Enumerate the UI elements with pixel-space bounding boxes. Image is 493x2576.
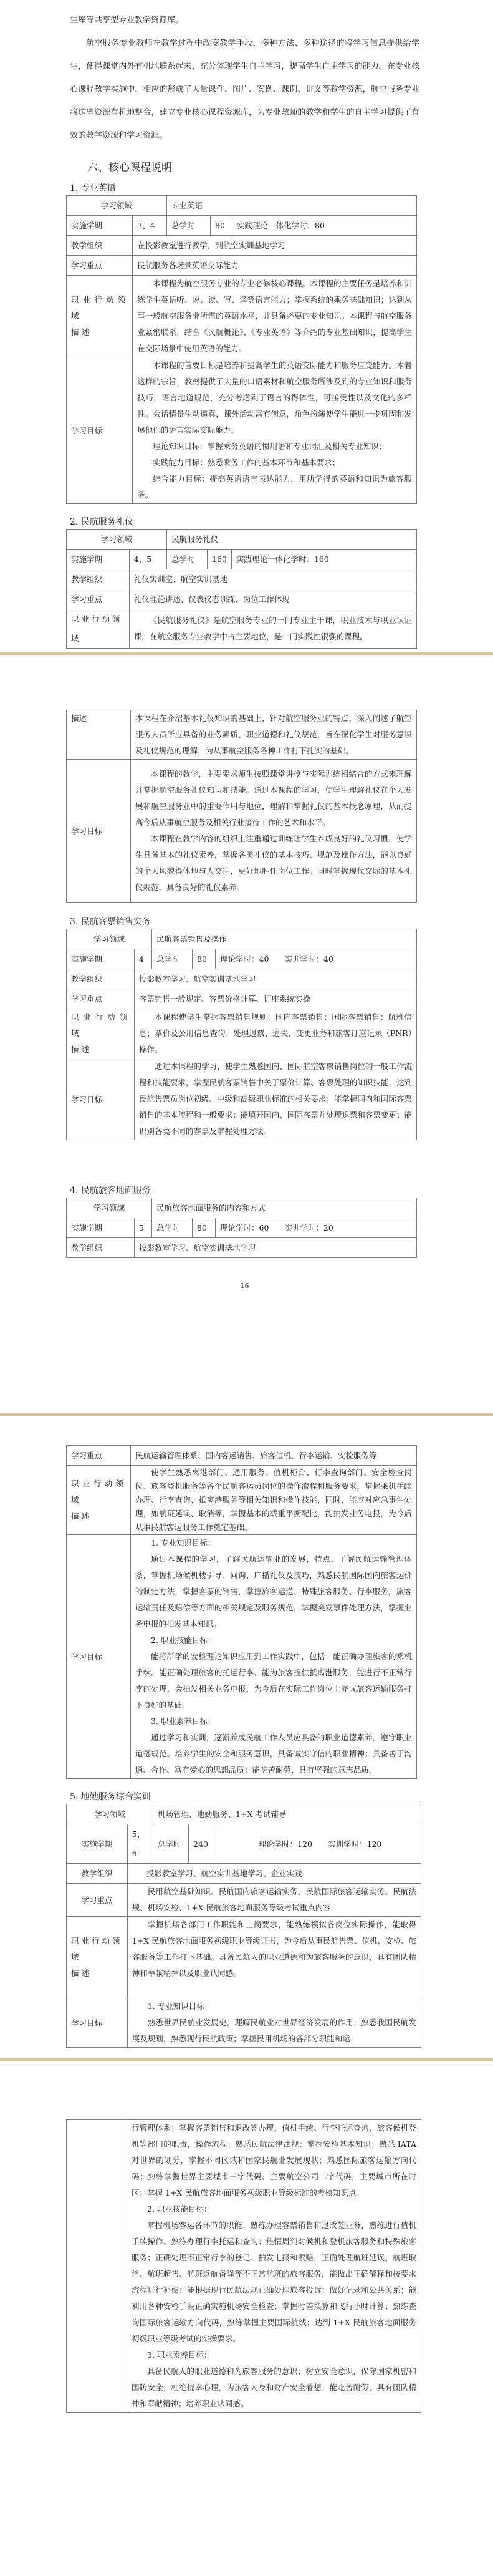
course-table-2: 学习领域 民航服务礼仪 实施学期 4、5 总学时 160 实践理论一体化学时：1… (66, 529, 417, 649)
label-field-desc: 职业行动领域描述 (67, 1466, 131, 1535)
course-table-4: 学习领域 民航旅客地面服务的内容和方式 实施学期 5 总学时 80 理论学时：6… (66, 1198, 417, 1258)
value-focus: 礼仪理论讲述、仪表仪态训练、岗位工作体现 (129, 589, 416, 609)
course-title-2: 2. 民航服务礼仪 (70, 515, 419, 528)
value-focus: 民航服务各场景英语交际能力 (133, 256, 417, 276)
goal-text: 熟悉世界民航业发展史，理解民航业对世界经济发展的作用；熟悉我国民航发展及规划，熟… (132, 2015, 416, 2047)
goal-heading: 3. 职业素养目标： (132, 2347, 416, 2363)
label-field-desc-b: 描述 (71, 1968, 92, 1978)
value-total-hours: 160 (208, 550, 232, 569)
value-domain: 机场管理、地勤服务、1+X 考试辅导 (153, 1804, 421, 1824)
value-field-desc: 本课程为航空服务专业的专业必修核心课程。本课程的主要任务是培养和训练学生英语听、… (133, 276, 417, 357)
label-semester: 实施学期 (67, 216, 133, 236)
value-domain: 专业英语 (167, 196, 417, 216)
goal-heading: 1. 专业知识目标： (132, 1998, 416, 2015)
field-desc-text: 本课程使学生掌握客票销售规则；国内客票销售；国际客票销售；航班信息；票价及公用信… (139, 1009, 412, 1058)
goal-heading: 1. 专业知识目标： (135, 1535, 412, 1551)
value-field-desc: 《民航服务礼仪》是航空服务专业的一门专业主干课，职业技术与职业认证课，在航空服务… (129, 609, 416, 649)
field-desc-text: 使学生熟悉离港部门、通用服务、值机柜台、行李查询部门、安全检查岗位、旅客登机服务… (135, 1466, 412, 1534)
label-field-desc-a: 职业行动领域 (71, 1479, 126, 1504)
goal-heading: 2. 职业技能目标： (135, 1632, 412, 1649)
section-heading: 六、核心课程说明 (87, 158, 419, 174)
course-title-1: 1. 专业英语 (70, 182, 419, 194)
label-goals-cont (67, 2120, 127, 2413)
label-field-desc-b: 描述 (71, 327, 92, 337)
label-field-desc-a: 职业行动领域 (71, 295, 128, 321)
value-goals-cont: 行管理体系；掌握客票销售和退改签办理，值机手续、行李托运查询，旅客候机登机等部门… (127, 2120, 421, 2413)
label-field-desc-a: 职业行动领域 (71, 1936, 123, 1962)
label-goals: 学习目标 (67, 1998, 128, 2048)
label-goals: 学习目标 (67, 760, 131, 903)
goal-text: 行管理体系；掌握客票销售和退改签办理，值机手续、行李托运查询，旅客候机登机等部门… (132, 2120, 416, 2201)
goal-text: 理论知识目标：掌握乘务英语的惯用语和专业词汇及相关专业知识； (137, 438, 412, 455)
label-semester: 实施学期 (67, 1824, 128, 1864)
label-field-desc: 职业行动领域描述 (67, 1009, 135, 1058)
goal-text: 能将所学的安检理论知识应用到工作实践中，包括：能正确办理旅客的乘机手续、能正确处… (135, 1649, 412, 1713)
label-field-desc: 职业行动领域 (67, 609, 130, 649)
goal-text: 掌握机场客运各环节的职能；熟练办理客票销售和退改签业务，熟练进行值机手续操作、熟… (132, 2217, 416, 2347)
goal-text: 本课程的首要目标是培养和提高学生的英语交际能力和服务应变能力。本着这样的宗旨，教… (137, 357, 412, 438)
value-organization: 投影教室学习、航空实训基地学习、企业实践 (127, 1864, 421, 1884)
label-total-hours: 总学时 (167, 216, 211, 236)
course-title-5: 5. 地勤服务综合实训 (70, 1790, 419, 1803)
value-total-hours: 80 (193, 949, 216, 969)
course-table-2-cont: 描述 本课程在介绍基本礼仪知识的基础上，针对航空服务业的特点，深入阐述了航空服务… (66, 710, 417, 903)
page-17: 学习重点 民航运输管理体系、国内客运销售、旅客值机、行李运输、安检服务等 职业行… (0, 1416, 493, 2058)
goal-text: 具备民航人的职业道德和为旅客服务的意识；树立安全意识，保守国家机密和国防安全，杜… (132, 2363, 416, 2412)
focus-text: 民用航空基础知识、民航国内旅客运输实务、民航国际旅客运输实务、民航法规、机场安检… (132, 1884, 416, 1916)
value-hours-detail: 理论学时：40 实训学时：40 (216, 949, 417, 969)
value-organization: 在投影教室进行教学，到航空实训基地学习 (133, 236, 417, 256)
value-domain: 民航客票销售及操作 (152, 929, 417, 949)
goal-text: 本课程在教学内容的组织上注重通过训练让学生养成良好的礼仪习惯，使学生具备基本的礼… (135, 831, 412, 896)
label-goals: 学习目标 (67, 357, 133, 504)
value-semester: 4 (134, 949, 151, 969)
value-field-desc-cont: 本课程在介绍基本礼仪知识的基础上，针对航空服务业的特点，深入阐述了航空服务人员所… (131, 710, 417, 760)
value-hours-detail: 实践理论一体化学时：80 (232, 216, 417, 236)
goal-text: 通过本课程的学习，使学生熟悉国内、国际航空客票销售岗位的一般工作流程和技能要求，… (139, 1058, 412, 1140)
field-desc-text: 掌握机场各部门工作职能和上岗要求，能熟练模拟各岗位实际操作，能取得 1+X 民航… (132, 1917, 416, 1982)
value-total-hours: 80 (193, 1218, 216, 1238)
label-focus: 学习重点 (67, 589, 130, 609)
value-goals: 1. 专业知识目标： 通过本课程的学习，了解民航运输业的发展，特点、了解民航运输… (131, 1535, 417, 1779)
label-goals: 学习目标 (67, 1058, 135, 1140)
value-hours-detail: 理论学时：60 实训学时：20 (216, 1218, 417, 1238)
label-focus: 学习重点 (67, 256, 133, 276)
label-semester: 实施学期 (67, 1218, 135, 1238)
label-field-desc-b: 描述 (71, 1045, 92, 1054)
value-organization: 礼仪实训室、航空实训基地 (129, 569, 416, 589)
field-desc-text: 本课程为航空服务专业的专业必修核心课程。本课程的主要任务是培养和训练学生英语听、… (137, 276, 412, 357)
page-18: 行管理体系；掌握客票销售和退改签办理，值机手续、行李托运查询，旅客候机登机等部门… (0, 2061, 493, 2576)
value-goals: 本课程的首要目标是培养和提高学生的英语交际能力和服务应变能力。本着这样的宗旨，教… (133, 357, 417, 504)
value-focus: 客票销售一般规定、客票价格计算、订座系统实操 (134, 989, 416, 1009)
label-organization: 教学组织 (67, 569, 130, 589)
value-hours-detail: 实践理论一体化学时：160 (231, 550, 416, 569)
value-semester: 5、6 (127, 1824, 153, 1864)
label-domain: 学习领域 (67, 1198, 152, 1218)
value-organization: 投影教室学习、航空实训基地学习 (134, 1238, 416, 1258)
value-organization: 投影教室学习、航空实训基地学习 (134, 969, 416, 989)
label-total-hours: 总学时 (152, 949, 193, 969)
value-semester: 4、5 (129, 550, 166, 569)
goal-text: 本课程的教学，主要要求师生按照课堂讲授与实际训练相结合的方式来理解并掌握航空服务… (135, 766, 412, 831)
course-table-1: 学习领域 专业英语 实施学期 3、4 总学时 80 实践理论一体化学时：80 教… (66, 195, 417, 504)
label-organization: 教学组织 (67, 1238, 135, 1258)
label-domain: 学习领域 (67, 196, 167, 216)
label-semester: 实施学期 (67, 949, 135, 969)
label-organization: 教学组织 (67, 1864, 128, 1884)
page-15: 生库等共享型专业教学资源库。 航空服务专业教师在教学过程中改变教学手段，多种方法… (0, 0, 493, 652)
value-field-desc: 掌握机场各部门工作职能和上岗要求，能熟练模拟各岗位实际操作，能取得 1+X 民航… (127, 1917, 421, 1998)
value-total-hours: 80 (211, 216, 232, 236)
value-focus: 民用航空基础知识、民航国内旅客运输实务、民航国际旅客运输实务、民航法规、机场安检… (127, 1884, 421, 1917)
label-focus: 学习重点 (67, 989, 135, 1009)
intro-tail: 生库等共享型专业教学资源库。 (70, 9, 419, 32)
value-focus: 民航运输管理体系、国内客运销售、旅客值机、行李运输、安检服务等 (131, 1446, 417, 1466)
course-table-5-cont: 行管理体系；掌握客票销售和退改签办理，值机手续、行李托运查询，旅客候机登机等部门… (66, 2119, 421, 2413)
page-16: 描述 本课程在介绍基本礼仪知识的基础上，针对航空服务业的特点，深入阐述了航空服务… (0, 655, 493, 1413)
label-domain: 学习领域 (67, 929, 152, 949)
course-title-4: 4. 民航旅客地面服务 (70, 1184, 419, 1196)
label-focus: 学习重点 (67, 1446, 131, 1466)
label-domain: 学习领域 (67, 530, 167, 550)
value-domain: 民航服务礼仪 (167, 530, 417, 550)
course-title-3: 3. 民航客票销售实务 (70, 915, 419, 927)
label-domain: 学习领域 (67, 1804, 153, 1824)
page-number: 16 (70, 1282, 419, 1290)
value-hours-detail: 理论学时：120 实训学时：120 (219, 1824, 421, 1864)
label-field-desc-cont: 描述 (67, 710, 131, 760)
label-field-desc-b: 描述 (71, 1511, 92, 1521)
value-field-desc: 使学生熟悉离港部门、通用服务、值机柜台、行李查询部门、安全检查岗位、旅客登机服务… (131, 1466, 417, 1535)
course-table-4-cont: 学习重点 民航运输管理体系、国内客运销售、旅客值机、行李运输、安检服务等 职业行… (66, 1445, 417, 1779)
goal-heading: 2. 职业技能目标： (132, 2201, 416, 2217)
value-domain: 民航旅客地面服务的内容和方式 (152, 1198, 417, 1218)
label-goals: 学习目标 (67, 1535, 131, 1779)
label-semester: 实施学期 (67, 550, 130, 569)
value-field-desc: 本课程使学生掌握客票销售规则；国内客票销售；国际客票销售；航班信息；票价及公用信… (134, 1009, 416, 1058)
label-total-hours: 总学时 (167, 550, 208, 569)
value-semester: 5 (134, 1218, 151, 1238)
label-field-desc: 职业行动领域描述 (67, 1917, 128, 1998)
course-table-5: 学习领域 机场管理、地勤服务、1+X 考试辅导 实施学期 5、6 总学时 240… (66, 1804, 421, 2048)
value-goals: 本课程的教学，主要要求师生按照课堂讲授与实际训练相结合的方式来理解并掌握航空服务… (131, 760, 417, 903)
label-field-desc-a: 职业行动领域 (71, 1012, 130, 1038)
goal-text: 通过学习和实训，逐渐养成民航工作人员应具备的职业道德素养，遵守职业道德规范。培养… (135, 1730, 412, 1778)
value-goals: 通过本课程的学习，使学生熟悉国内、国际航空客票销售岗位的一般工作流程和技能要求，… (134, 1058, 416, 1140)
goal-text: 实践能力目标：熟悉乘务工作的基本环节和基本要求； (137, 455, 412, 471)
label-total-hours: 总学时 (153, 1824, 189, 1864)
label-field-desc: 职业行动领域描述 (67, 276, 133, 357)
intro-paragraph: 航空服务专业教师在教学过程中改变教学手段，多种方法、多种途径的将学习信息提供给学… (70, 32, 419, 147)
field-desc-text: 《民航服务礼仪》是航空服务专业的一门专业主干课，职业技术与职业认证课，在航空服务… (134, 613, 412, 645)
value-semester: 3、4 (133, 216, 167, 236)
goal-text: 通过本课程的学习，了解民航运输业的发展，特点、了解民航运输管理体系，掌握机场候机… (135, 1551, 412, 1632)
goal-heading: 3. 职业素养目标： (135, 1713, 412, 1730)
label-organization: 教学组织 (67, 236, 133, 256)
value-total-hours: 240 (189, 1824, 219, 1864)
field-desc-text: 本课程在介绍基本礼仪知识的基础上，针对航空服务业的特点，深入阐述了航空服务人员所… (135, 710, 412, 759)
label-total-hours: 总学时 (152, 1218, 193, 1238)
goal-text: 综合能力目标：提高英语语言表达能力，用所学得的英语和知识为旅客服务。 (137, 471, 412, 503)
value-goals: 1. 专业知识目标： 熟悉世界民航业发展史，理解民航业对世界经济发展的作用；熟悉… (127, 1998, 421, 2048)
course-table-3: 学习领域 民航客票销售及操作 实施学期 4 总学时 80 理论学时：40 实训学… (66, 929, 417, 1140)
label-organization: 教学组织 (67, 969, 135, 989)
label-focus: 学习重点 (67, 1884, 128, 1917)
